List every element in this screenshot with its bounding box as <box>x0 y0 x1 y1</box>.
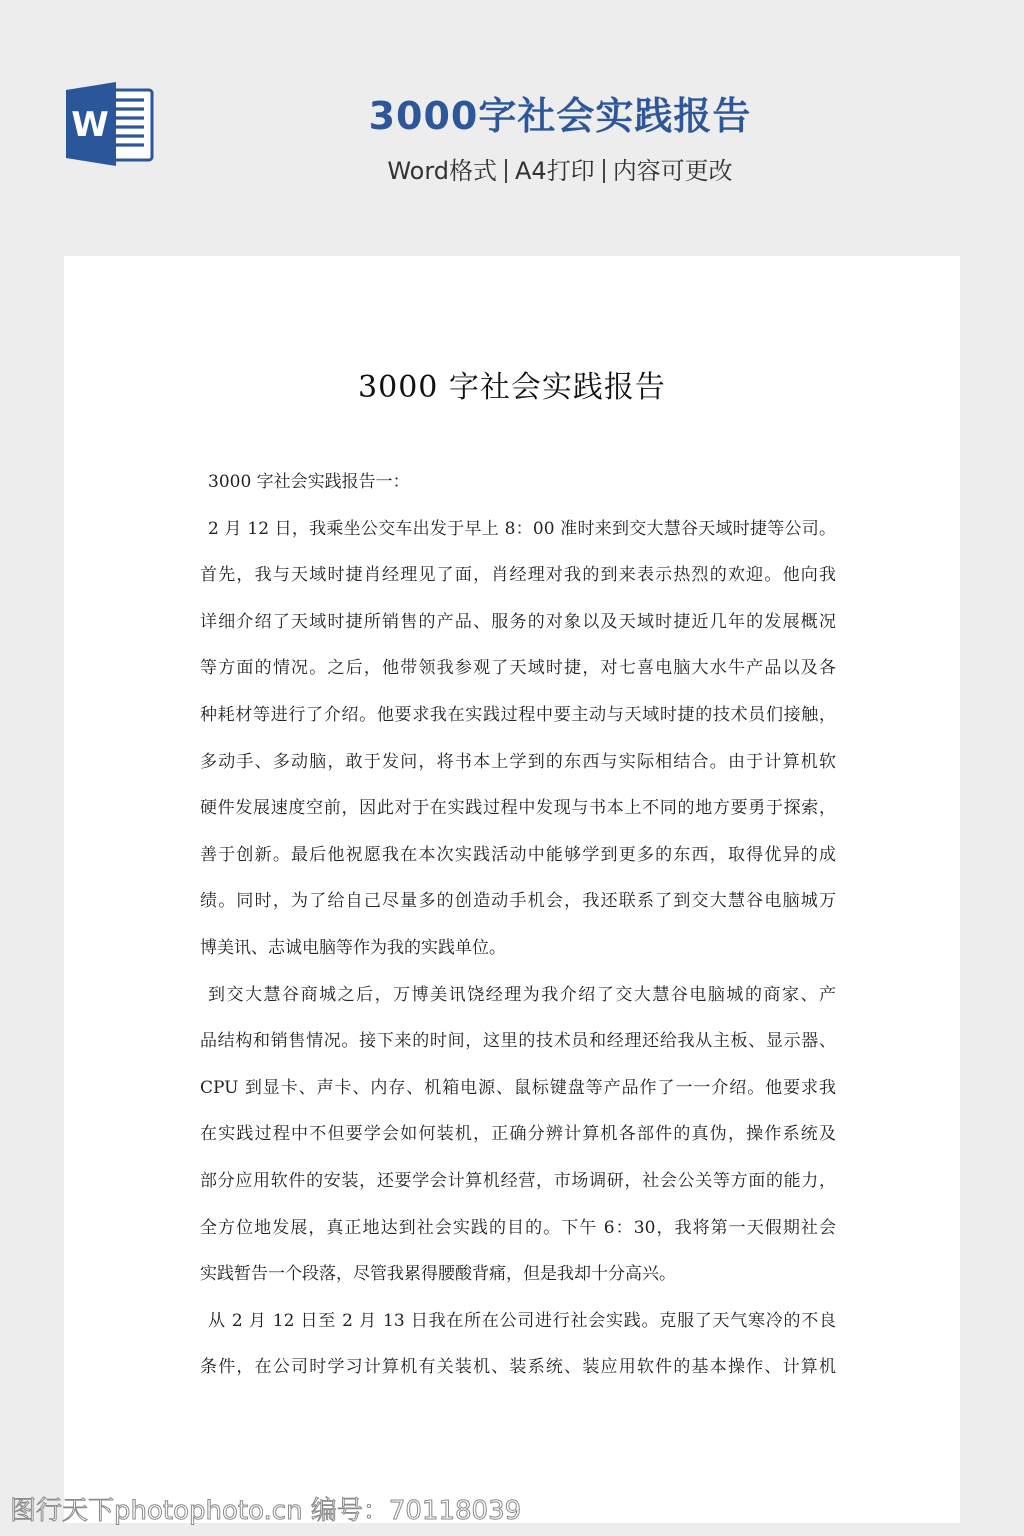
text-line: 3000 字社会实践报告一： <box>200 464 836 511</box>
text-line: 等方面的情况。之后，他带领我参观了天域时捷，对七喜电脑大水牛产品以及各 <box>200 650 836 697</box>
document-body: 3000 字社会实践报告一： 2 月 12 日，我乘坐公交车出发于早上 8：00… <box>200 464 836 1396</box>
subtitle-format: Word格式 <box>387 157 497 185</box>
document-title: 3000 字社会实践报告 <box>64 366 960 410</box>
text-line: CPU 到显卡、声卡、内存、机箱电源、鼠标键盘等产品作了一一介绍。他要求我 <box>200 1070 836 1117</box>
text-line: 详细介绍了天域时捷所销售的产品、服务的对象以及天域时捷近几年的发展概况 <box>200 604 836 651</box>
text-line: 首先，我与天域时捷肖经理见了面，肖经理对我的到来表示热烈的欢迎。他向我 <box>200 557 836 604</box>
text-line: 部分应用软件的安装，还要学会计算机经营，市场调研，社会公关等方面的能力， <box>200 1163 836 1210</box>
header-title: 3000字社会实践报告 <box>300 92 820 140</box>
word-document-icon: W <box>64 82 156 166</box>
text-line: 2 月 12 日，我乘坐公交车出发于早上 8：00 准时来到交大慧谷天域时捷等公… <box>200 511 836 558</box>
text-line: 绩。同时，为了给自己尽量多的创造动手机会，我还联系了到交大慧谷电脑城万 <box>200 883 836 930</box>
text-line: 到交大慧谷商城之后，万博美讯饶经理为我介绍了交大慧谷电脑城的商家、产 <box>200 977 836 1024</box>
text-line: 在实践过程中不但要学会如何装机，正确分辨计算机各部件的真伪，操作系统及 <box>200 1116 836 1163</box>
text-line: 条件，在公司时学习计算机有关装机、装系统、装应用软件的基本操作、计算机 <box>200 1349 836 1396</box>
subtitle-print: A4打印 <box>515 157 595 185</box>
document-page: 3000 字社会实践报告 3000 字社会实践报告一： 2 月 12 日，我乘坐… <box>64 256 960 1523</box>
text-line: 种耗材等进行了介绍。他要求我在实践过程中要主动与天域时捷的技术员们接触， <box>200 697 836 744</box>
text-line: 硬件发展速度空前，因此对于在实践过程中发现与书本上不同的地方要勇于探索， <box>200 790 836 837</box>
header-subtitle: Word格式A4打印内容可更改 <box>300 153 820 189</box>
separator <box>505 159 507 183</box>
header-banner: W 3000字社会实践报告 Word格式A4打印内容可更改 <box>0 0 1024 256</box>
text-line: 全方位地发展，真正地达到社会实践的目的。下午 6：30，我将第一天假期社会 <box>200 1210 836 1257</box>
separator <box>603 159 605 183</box>
text-line: 善于创新。最后他祝愿我在本次实践活动中能够学到更多的东西，取得优异的成 <box>200 837 836 884</box>
text-line: 多动手、多动脑，敢于发问，将书本上学到的东西与实际相结合。由于计算机软 <box>200 744 836 791</box>
text-line: 博美讯、志诚电脑等作为我的实践单位。 <box>200 930 836 977</box>
svg-text:W: W <box>71 105 109 145</box>
text-line: 实践暂告一个段落，尽管我累得腰酸背痛，但是我却十分高兴。 <box>200 1256 836 1303</box>
text-line: 品结构和销售情况。接下来的时间，这里的技术员和经理还给我从主板、显示器、 <box>200 1023 836 1070</box>
watermark: 图行天下photophoto.cn 编号：70118039 <box>10 1490 521 1527</box>
text-line: 从 2 月 12 日至 2 月 13 日我在所在公司进行社会实践。克服了天气寒冷… <box>200 1303 836 1350</box>
subtitle-editable: 内容可更改 <box>613 157 733 185</box>
